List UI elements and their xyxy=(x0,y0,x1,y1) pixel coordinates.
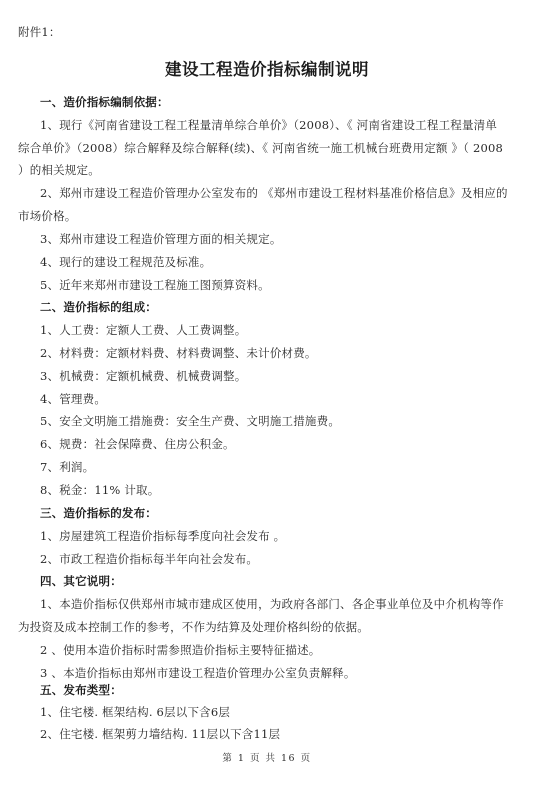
list-item: 6、规费：社会保障费、住房公积金。 xyxy=(40,437,235,451)
section-heading-publication: 三、造价指标的发布： xyxy=(40,506,157,520)
list-item: 1、人工费：定额人工费、人工费调整。 xyxy=(40,323,246,337)
list-item: 4、管理费。 xyxy=(40,392,106,406)
attachment-label: 附件1： xyxy=(18,25,61,39)
list-item: 5、安全文明施工措施费：安全生产费、文明施工措施费。 xyxy=(40,414,340,428)
list-item: 1、房屋建筑工程造价指标每季度向社会发布 。 xyxy=(40,529,285,543)
paragraph-line: 1、现行《河南省建设工程工程量清单综合单价》（2008）、《 河南省建设工程工程… xyxy=(40,118,497,132)
list-item: 2、材料费：定额材料费、材料费调整、未计价材费。 xyxy=(40,346,317,360)
paragraph-line: 综合单价》（2008）综合解释及综合解释(续)、《 河南省统一施工机械台班费用定… xyxy=(18,141,503,155)
list-item: 7、利润。 xyxy=(40,460,94,474)
section-heading-other-notes: 四、其它说明： xyxy=(40,574,122,588)
paragraph-line: 5、近年来郑州市建设工程施工图预算资料。 xyxy=(40,278,270,292)
list-item: 3、机械费：定额机械费、机械费调整。 xyxy=(40,369,246,383)
list-item: 8、税金：11% 计取。 xyxy=(40,483,159,497)
paragraph-line: 2 、使用本造价指标时需参照造价指标主要特征描述。 xyxy=(40,643,320,657)
paragraph-line: 3 、本造价指标由郑州市建设工程造价管理办公室负责解释。 xyxy=(40,666,356,680)
list-item: 2、市政工程造价指标每半年向社会发布。 xyxy=(40,552,258,566)
section-heading-composition: 二、造价指标的组成： xyxy=(40,300,157,314)
section-heading-basis: 一、造价指标编制依据： xyxy=(40,95,169,109)
paragraph-line: ）的相关规定。 xyxy=(18,163,100,177)
page-footer: 第 1 页 共 16 页 xyxy=(0,752,534,766)
section-heading-release-types: 五、发布类型： xyxy=(40,683,122,697)
document-page: 附件1： 建设工程造价指标编制说明 一、造价指标编制依据： 1、现行《河南省建设… xyxy=(0,0,534,794)
paragraph-line: 2、郑州市建设工程造价管理办公室发布的 《郑州市建设工程材料基准价格信息》及相应… xyxy=(40,186,508,200)
paragraph-line: 市场价格。 xyxy=(18,209,77,223)
paragraph-line: 3、郑州市建设工程造价管理方面的相关规定。 xyxy=(40,232,282,246)
paragraph-line: 1、本造价指标仅供郑州市城市建成区使用，为政府各部门、各企事业单位及中介机构等作 xyxy=(40,597,504,611)
list-item: 1、住宅楼. 框架结构. 6层以下含6层 xyxy=(40,705,230,719)
list-item: 2、住宅楼. 框架剪力墙结构. 11层以下含11层 xyxy=(40,727,280,741)
paragraph-line: 4、现行的建设工程规范及标准。 xyxy=(40,255,211,269)
document-title: 建设工程造价指标编制说明 xyxy=(0,63,534,77)
paragraph-line: 为投资及成本控制工作的参考，不作为结算及处理价格纠纷的依据。 xyxy=(18,620,369,634)
